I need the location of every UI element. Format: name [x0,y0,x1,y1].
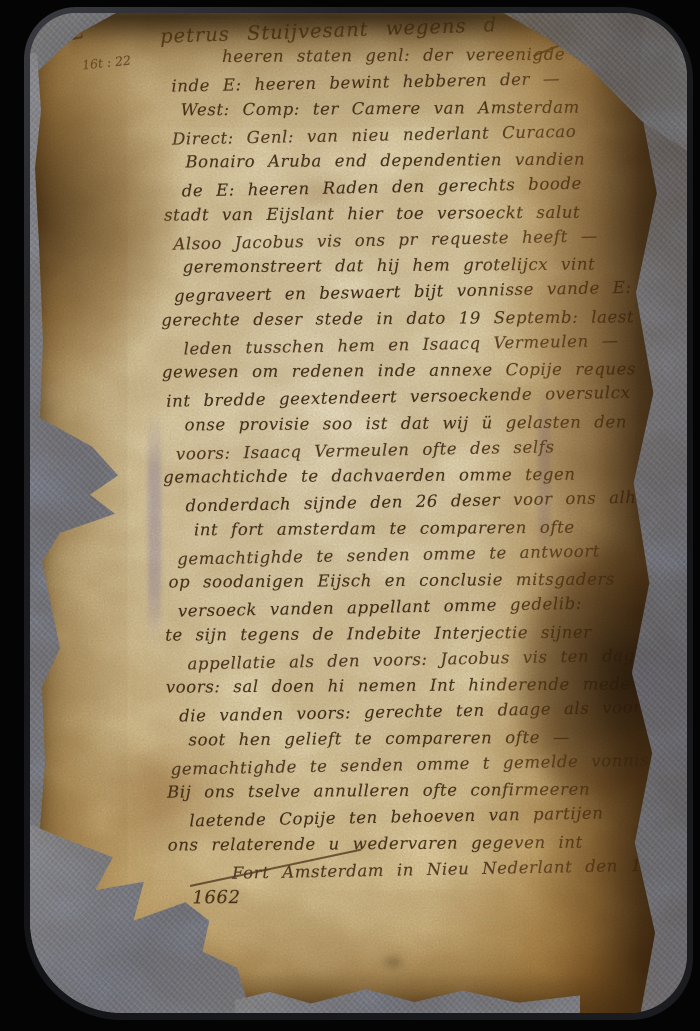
scorched-edge-left [30,43,180,383]
manuscript-page: 22 16t : 22 petrus Stuijvesant wegens d … [30,13,687,1013]
photograph-background: 22 16t : 22 petrus Stuijvesant wegens d … [0,0,700,1031]
